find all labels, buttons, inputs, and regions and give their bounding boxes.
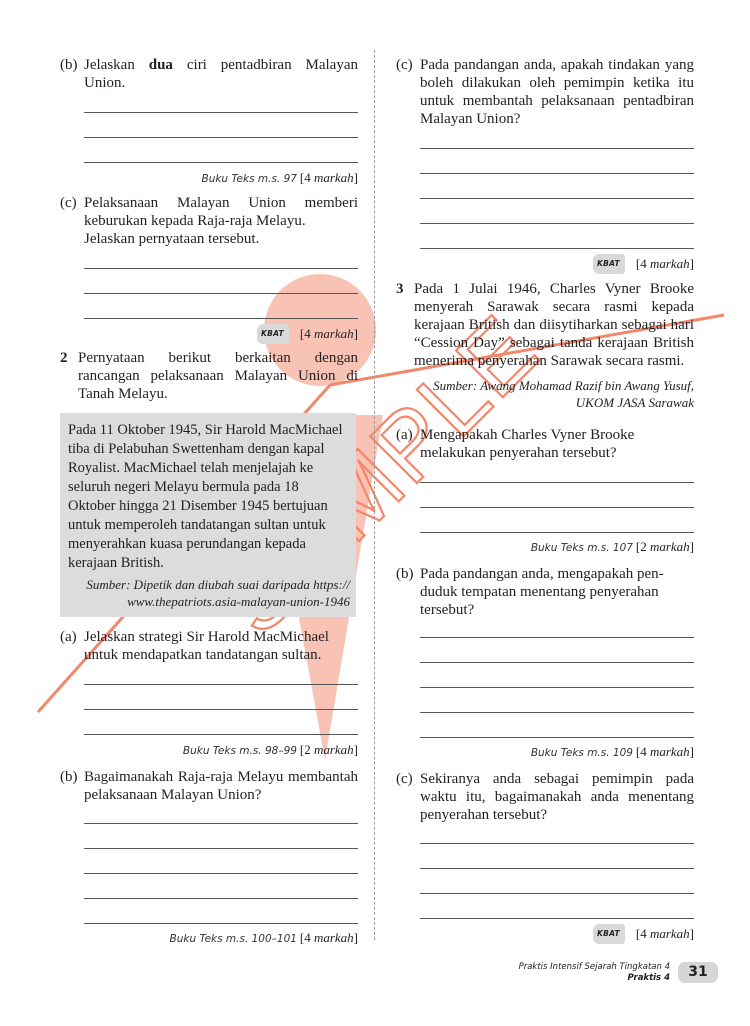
marks-word: markah xyxy=(650,539,690,554)
answer-line[interactable] xyxy=(420,507,694,508)
page-number: 31 xyxy=(678,962,718,983)
marks: [4 markah] xyxy=(636,256,694,271)
question-text-line: Jelaskan strategi Sir Harold MacMichael xyxy=(84,628,358,646)
answer-line[interactable] xyxy=(84,823,358,824)
answer-line[interactable] xyxy=(420,687,694,688)
question-text-line: Mengapakah Charles Vyner Brooke xyxy=(420,426,694,444)
answer-line[interactable] xyxy=(420,532,694,533)
question-text-line: melakukan penyerahan tersebut? xyxy=(420,444,694,462)
question-label: (b) xyxy=(396,565,414,583)
answer-line[interactable] xyxy=(420,737,694,738)
column-divider xyxy=(374,50,375,940)
textbook-reference: Buku Teks m.s. 100–101 xyxy=(170,933,297,945)
marks-reference: KBAT [4 markah] xyxy=(257,324,358,344)
answer-line[interactable] xyxy=(420,712,694,713)
marks-word: markah xyxy=(314,170,354,185)
marks: [4 markah] xyxy=(636,744,694,759)
answer-line[interactable] xyxy=(84,318,358,319)
source-excerpt: Pada 11 Oktober 1945, Sir Harold MacMich… xyxy=(68,421,353,573)
marks-reference: Buku Teks m.s. 107 [2 markah] xyxy=(531,538,694,557)
question-text: Bagaimanakah Raja-raja Melayu membantah … xyxy=(84,768,358,804)
marks-word: markah xyxy=(650,744,690,759)
answer-line[interactable] xyxy=(420,893,694,894)
answer-line[interactable] xyxy=(420,248,694,249)
marks: [2 markah] xyxy=(636,539,694,554)
answer-line[interactable] xyxy=(420,482,694,483)
question-label: (b) xyxy=(60,768,78,786)
question-text-part: Jelaskan xyxy=(84,57,149,73)
marks-number: 4 xyxy=(640,926,647,941)
marks-number: 4 xyxy=(304,326,311,341)
question-label: (c) xyxy=(396,56,413,74)
answer-line[interactable] xyxy=(84,898,358,899)
marks-reference: Buku Teks m.s. 97 [4 markah] xyxy=(201,169,358,188)
answer-line[interactable] xyxy=(420,662,694,663)
answer-line[interactable] xyxy=(84,873,358,874)
answer-line[interactable] xyxy=(420,148,694,149)
book-title: Praktis Intensif Sejarah Tingkatan 4 xyxy=(460,962,670,973)
question-text: Pelaksanaan Malayan Union memberi keburu… xyxy=(84,194,358,248)
answer-line[interactable] xyxy=(420,173,694,174)
marks: [4 markah] xyxy=(636,926,694,941)
marks-number: 4 xyxy=(304,930,311,945)
marks-number: 4 xyxy=(640,744,647,759)
question-label: (a) xyxy=(60,628,77,646)
answer-line[interactable] xyxy=(84,162,358,163)
question-number: 2 xyxy=(60,349,68,367)
excerpt-line: menyerahkan kuasa perundangan kepada xyxy=(68,535,353,554)
question-text: Mengapakah Charles Vyner Brooke melakuka… xyxy=(420,426,694,462)
question-text-line: keburukan kepada Raja-raja Melayu. xyxy=(84,212,358,230)
marks-number: 2 xyxy=(640,539,647,554)
textbook-reference: Buku Teks m.s. 109 xyxy=(531,747,633,759)
answer-line[interactable] xyxy=(84,112,358,113)
marks-reference: Buku Teks m.s. 109 [4 markah] xyxy=(531,743,694,762)
answer-line[interactable] xyxy=(420,223,694,224)
textbook-reference: Buku Teks m.s. 97 xyxy=(201,173,296,185)
answer-line[interactable] xyxy=(420,198,694,199)
citation-line: www.thepatriots.asia-malayan-union-1946 xyxy=(65,593,350,610)
citation-line: Sumber: Dipetik dan diubah suai daripada… xyxy=(65,576,350,593)
question-label: (c) xyxy=(396,770,413,788)
source-citation: Sumber: Awang Mohamad Razif bin Awang Yu… xyxy=(414,377,694,411)
question-text-line: untuk mendapatkan tandatangan sultan. xyxy=(84,646,358,664)
marks-word: markah xyxy=(314,930,354,945)
marks: [4 markah] xyxy=(300,930,358,945)
marks-number: 4 xyxy=(304,170,311,185)
question-text: Pernyataan berikut berkaitan dengan ranc… xyxy=(78,349,358,403)
source-citation: Sumber: Dipetik dan diubah suai daripada… xyxy=(65,576,350,610)
answer-line[interactable] xyxy=(84,293,358,294)
citation-line: UKOM JASA Sarawak xyxy=(414,394,694,411)
question-text: Pada pandangan anda, mengapakah pen-dudu… xyxy=(420,565,694,619)
marks: [4 markah] xyxy=(300,326,358,341)
answer-line[interactable] xyxy=(84,734,358,735)
kbat-badge: KBAT xyxy=(257,324,289,344)
textbook-reference: Buku Teks m.s. 98–99 xyxy=(183,745,297,757)
marks-reference: KBAT [4 markah] xyxy=(593,254,694,274)
question-text: Jelaskan strategi Sir Harold MacMichael … xyxy=(84,628,358,664)
marks: [2 markah] xyxy=(300,742,358,757)
excerpt-line: tiba di Pelabuhan Swettenham dengan kapa… xyxy=(68,440,353,459)
question-text: Sekiranya anda sebagai pemimpin pada wak… xyxy=(420,770,694,824)
answer-line[interactable] xyxy=(420,637,694,638)
excerpt-line: Royalist. MacMichael telah menjelajah ke xyxy=(68,459,353,478)
answer-line[interactable] xyxy=(84,137,358,138)
question-number: 3 xyxy=(396,280,404,298)
answer-line[interactable] xyxy=(420,843,694,844)
question-text-line: Jelaskan pernyataan tersebut. xyxy=(84,230,358,248)
marks-reference: KBAT [4 markah] xyxy=(593,924,694,944)
answer-line[interactable] xyxy=(84,709,358,710)
citation-line: Sumber: Awang Mohamad Razif bin Awang Yu… xyxy=(414,377,694,394)
excerpt-line: seluruh negeri Melayu bermula pada 18 xyxy=(68,478,353,497)
excerpt-line: Oktober hingga 21 Disember 1945 bertujua… xyxy=(68,497,353,516)
section-title: Praktis 4 xyxy=(628,973,670,983)
marks-number: 2 xyxy=(304,742,311,757)
marks-word: markah xyxy=(650,926,690,941)
answer-line[interactable] xyxy=(84,923,358,924)
question-text: Jelaskan dua ciri pentadbiran Malayan Un… xyxy=(84,56,358,92)
textbook-reference: Buku Teks m.s. 107 xyxy=(531,542,633,554)
marks: [4 markah] xyxy=(300,170,358,185)
kbat-badge: KBAT xyxy=(593,254,625,274)
excerpt-line: untuk memperoleh tandatangan sultan untu… xyxy=(68,516,353,535)
question-label: (b) xyxy=(60,56,78,74)
source-box: Pada 11 Oktober 1945, Sir Harold MacMich… xyxy=(60,413,356,617)
marks-reference: Buku Teks m.s. 100–101 [4 markah] xyxy=(170,929,358,948)
excerpt-line: kerajaan British. xyxy=(68,554,353,573)
worksheet-page: SAMPLE (b) Jelaskan dua ciri pentadbiran… xyxy=(0,0,750,1026)
kbat-badge: KBAT xyxy=(593,924,625,944)
answer-line[interactable] xyxy=(420,868,694,869)
answer-line[interactable] xyxy=(84,848,358,849)
marks-number: 4 xyxy=(640,256,647,271)
marks-reference: Buku Teks m.s. 98–99 [2 markah] xyxy=(183,741,358,760)
marks-word: markah xyxy=(650,256,690,271)
question-label: (c) xyxy=(60,194,77,212)
question-text: Pada 1 Julai 1946, Charles Vyner Brooke … xyxy=(414,280,694,370)
marks-word: markah xyxy=(314,326,354,341)
answer-line[interactable] xyxy=(420,918,694,919)
marks-word: markah xyxy=(314,742,354,757)
question-text: Pada pandangan anda, apakah tindakan yan… xyxy=(420,56,694,128)
page-footer: Praktis Intensif Sejarah Tingkatan 4 Pra… xyxy=(460,962,670,984)
excerpt-line: Pada 11 Oktober 1945, Sir Harold MacMich… xyxy=(68,421,353,440)
answer-line[interactable] xyxy=(84,268,358,269)
answer-line[interactable] xyxy=(84,684,358,685)
question-text-line: Pelaksanaan Malayan Union memberi xyxy=(84,194,358,212)
question-text-emphasis: dua xyxy=(149,57,173,73)
question-label: (a) xyxy=(396,426,413,444)
